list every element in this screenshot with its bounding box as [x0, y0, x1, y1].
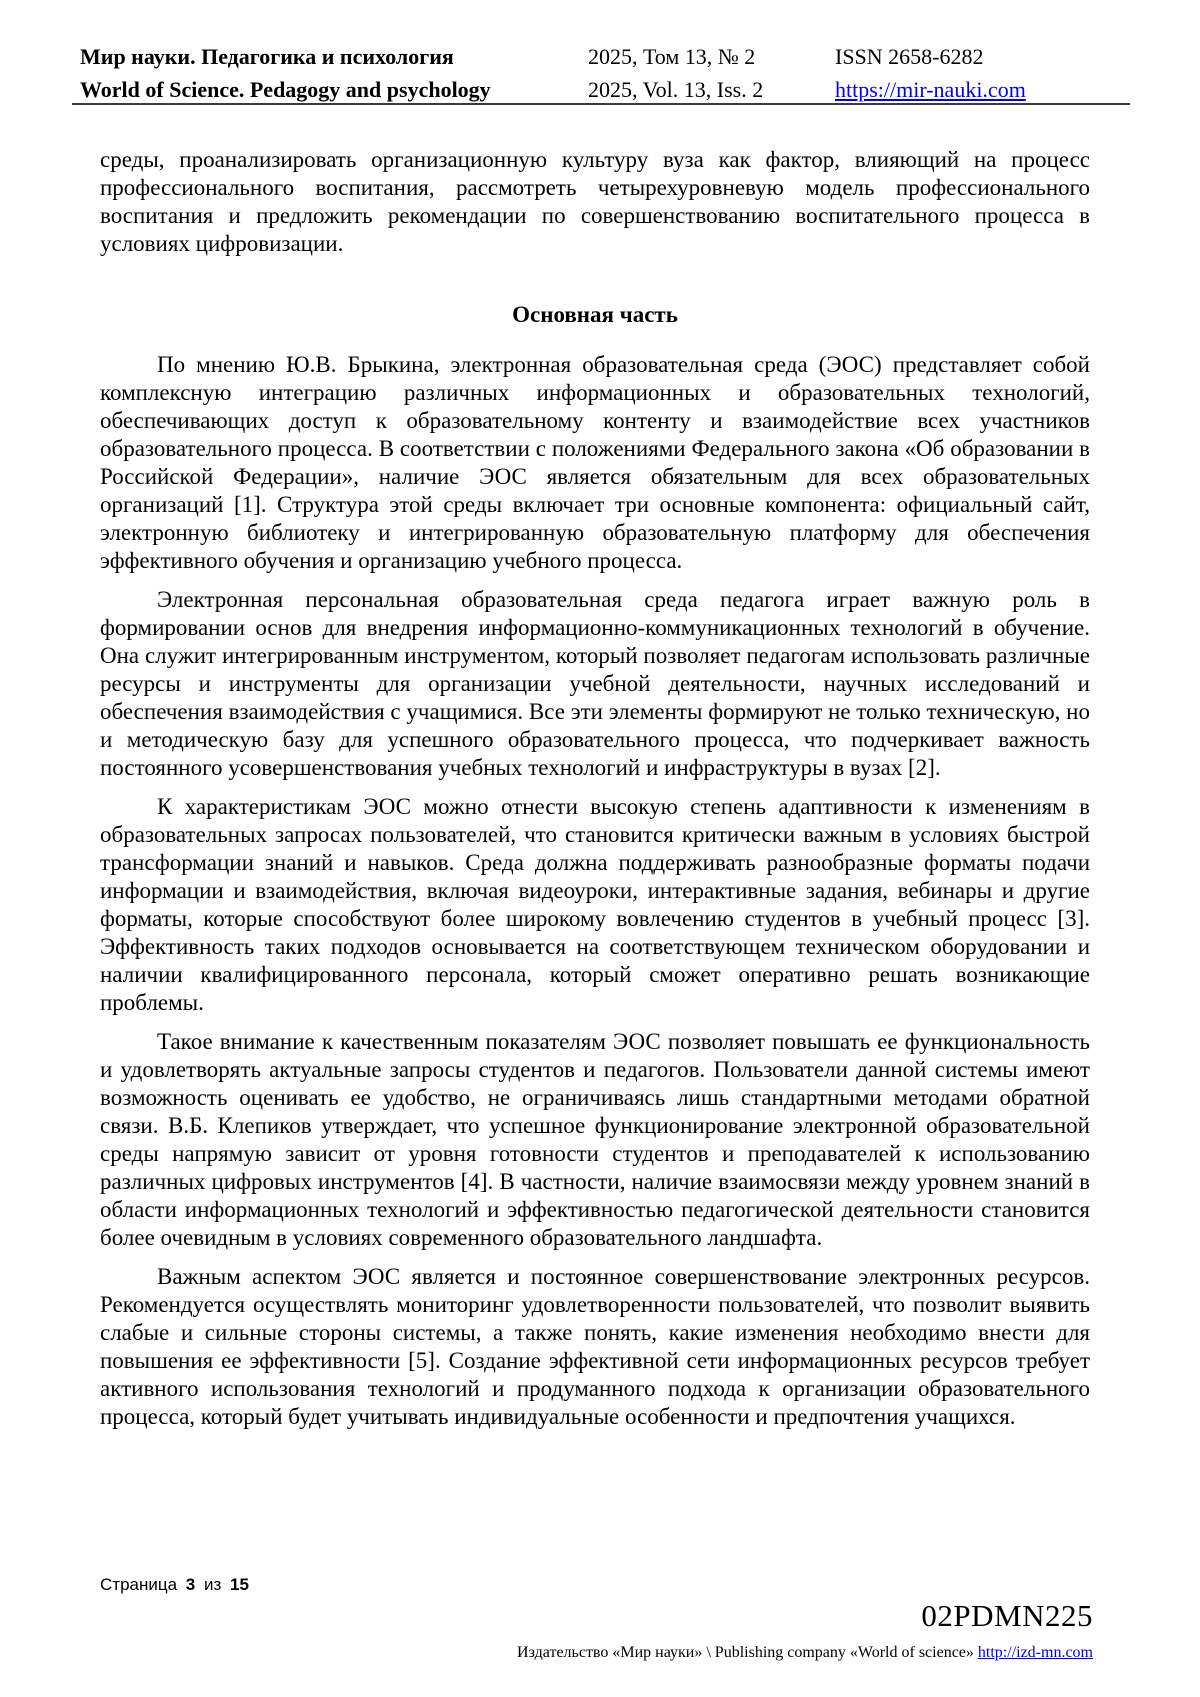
publisher-site-link[interactable]: http://izd-mn.com [978, 1644, 1093, 1661]
journal-site-link[interactable]: https://mir-nauki.com [835, 77, 1026, 102]
continued-paragraph: среды, проанализировать организационную … [100, 146, 1090, 258]
body-paragraph: По мнению Ю.В. Брыкина, электронная обра… [100, 351, 1090, 575]
journal-title-ru: Мир науки. Педагогика и психология [80, 40, 588, 73]
article-body: среды, проанализировать организационную … [100, 146, 1090, 1442]
page-number-prefix: Страница [100, 1575, 177, 1594]
body-paragraph: К характеристикам ЭОС можно отнести высо… [100, 793, 1090, 1017]
publisher-line: Издательство «Мир науки» \ Publishing co… [517, 1644, 1093, 1662]
issn-block: ISSN 2658-6282 https://mir-nauki.com [835, 40, 1132, 106]
issue-volume-ru: 2025, Том 13, № 2 [588, 40, 835, 73]
journal-header: Мир науки. Педагогика и психология World… [80, 40, 1132, 106]
publisher-text: Издательство «Мир науки» \ Publishing co… [517, 1644, 974, 1661]
section-heading: Основная часть [100, 301, 1090, 329]
article-id: 02PDMN225 [921, 1598, 1093, 1634]
issn-label: ISSN 2658-6282 [835, 40, 1132, 73]
body-paragraph: Электронная персональная образовательная… [100, 586, 1090, 782]
page-number-separator: из [204, 1575, 221, 1594]
document-page: Мир науки. Педагогика и психология World… [0, 0, 1200, 1697]
issue-volume-en: 2025, Vol. 13, Iss. 2 [588, 73, 835, 106]
page-number-total: 15 [230, 1575, 249, 1594]
journal-title-block: Мир науки. Педагогика и психология World… [80, 40, 588, 106]
page-number: Страница 3 из 15 [100, 1575, 253, 1595]
issue-info-block: 2025, Том 13, № 2 2025, Vol. 13, Iss. 2 [588, 40, 835, 106]
header-rule [72, 103, 1130, 105]
journal-title-en: World of Science. Pedagogy and psycholog… [80, 73, 588, 106]
body-paragraph: Такое внимание к качественным показателя… [100, 1028, 1090, 1252]
body-paragraph: Важным аспектом ЭОС является и постоянно… [100, 1263, 1090, 1431]
page-number-current: 3 [186, 1575, 195, 1594]
